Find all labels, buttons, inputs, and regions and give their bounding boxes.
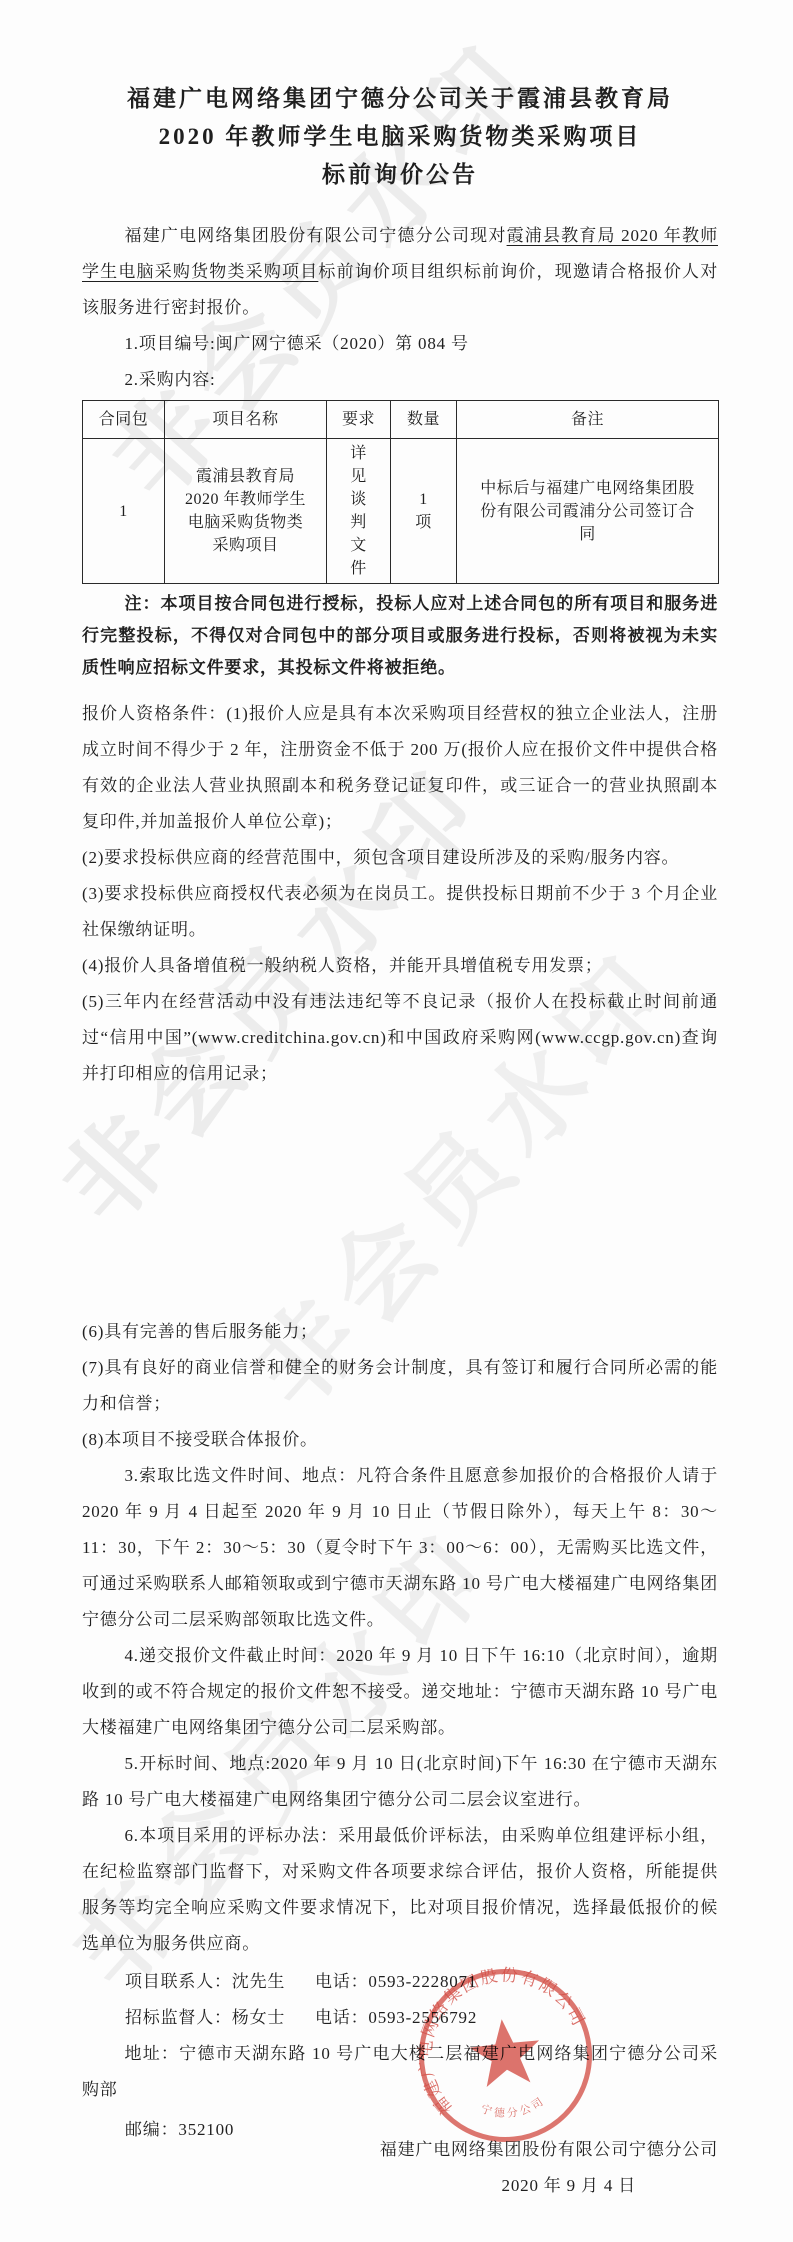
table-row: 1 霞浦县教育局 2020 年教师学生电脑采购货物类采购项目 详见谈判文件 1 … (83, 439, 719, 584)
supervisor-name: 招标监督人：杨女士 (125, 2000, 315, 2036)
contact-address: 地址：宁德市天湖东路 10 号广电大楼二层福建广电网络集团宁德分公司采购部 (82, 2036, 718, 2108)
purchase-content-heading: 2.采购内容: (82, 362, 718, 398)
header-project-name: 项目名称 (165, 401, 327, 439)
page-title-line-3: 标前询价公告 (82, 156, 718, 194)
document-content: 福建广电网络集团宁德分公司关于霞浦县教育局 2020 年教师学生电脑采购货物类采… (0, 0, 793, 2204)
qualification-item-3: (3)要求投标供应商授权代表必须为在岗员工。提供投标日期前不少于 3 个月企业社… (82, 876, 718, 948)
section-6-evaluation-method: 6.本项目采用的评标办法：采用最低价评标法，由采购单位组建评标小组，在纪检监察部… (82, 1818, 718, 1962)
section-5-bid-opening: 5.开标时间、地点:2020 年 9 月 10 日(北京时间)下午 16:30 … (82, 1746, 718, 1818)
page-title-line-2: 2020 年教师学生电脑采购货物类采购项目 (82, 118, 718, 156)
header-remark: 备注 (457, 401, 719, 439)
qualification-item-6: (6)具有完善的售后服务能力； (82, 1314, 718, 1350)
bid-note-paragraph: 注：本项目按合同包进行授标，投标人应对上述合同包的所有项目和服务进行完整投标，不… (82, 588, 718, 684)
table-header-row: 合同包 项目名称 要求 数量 备注 (83, 401, 719, 439)
qualification-item-4: (4)报价人具备增值税一般纳税人资格，并能开具增值税专用发票； (82, 948, 718, 984)
signature-date: 2020 年 9 月 4 日 (82, 2168, 718, 2204)
header-contract-package: 合同包 (83, 401, 165, 439)
qualification-item-2: (2)要求投标供应商的经营范围中，须包含项目建设所涉及的采购/服务内容。 (82, 840, 718, 876)
cell-project-name: 霞浦县教育局 2020 年教师学生电脑采购货物类采购项目 (165, 439, 327, 584)
svg-text:宁德分公司: 宁德分公司 (478, 2093, 549, 2123)
header-quantity: 数量 (391, 401, 457, 439)
page-title-line-1: 福建广电网络集团宁德分公司关于霞浦县教育局 (82, 80, 718, 118)
document-page: 非会员水印 非会员水印 非会员水印 非会员水印 福建广电网络集团宁德分公司关于霞… (0, 0, 793, 2242)
page-break-gap (82, 1092, 718, 1314)
qualification-item-8: (8)本项目不接受联合体报价。 (82, 1422, 718, 1458)
header-requirement: 要求 (327, 401, 391, 439)
section-3-document-collection: 3.索取比选文件时间、地点：凡符合条件且愿意参加报价的合格报价人请于 2020 … (82, 1458, 718, 1638)
company-seal-stamp: 福建广电网络集团股份有限公司 宁德分公司 (404, 1954, 607, 2157)
project-number-line: 1.项目编号:闽广网宁德采（2020）第 084 号 (82, 326, 718, 362)
contact-row-supervisor: 招标监督人：杨女士 电话：0593-2556792 (82, 2000, 718, 2036)
cell-requirement: 详见谈判文件 (327, 439, 391, 584)
project-contact-name: 项目联系人：沈先生 (125, 1964, 315, 2000)
qualification-intro: 报价人资格条件：(1)报价人应是具有本次采购项目经营权的独立企业法人，注册成立时… (82, 696, 718, 840)
seal-bottom-text: 宁德分公司 (478, 2093, 549, 2123)
intro-paragraph: 福建广电网络集团股份有限公司宁德分公司现对霞浦县教育局 2020 年教师学生电脑… (82, 218, 718, 326)
purchase-table: 合同包 项目名称 要求 数量 备注 1 霞浦县教育局 2020 年教师学生电脑采… (82, 400, 719, 584)
cell-quantity: 1 项 (391, 439, 457, 584)
contact-row-project: 项目联系人：沈先生 电话：0593-2228071 (82, 1964, 718, 2000)
qualification-item-7: (7)具有良好的商业信誉和健全的财务会计制度，具有签订和履行合同所必需的能力和信… (82, 1350, 718, 1422)
cell-contract-package: 1 (83, 439, 165, 584)
qualification-item-5: (5)三年内在经营活动中没有违法违纪等不良记录（报价人在投标截止时间前通过“信用… (82, 984, 718, 1092)
cell-remark: 中标后与福建广电网络集团股份有限公司霞浦分公司签订合同 (457, 439, 719, 584)
seal-star-icon (467, 2016, 543, 2089)
intro-prefix: 福建广电网络集团股份有限公司宁德分公司现对 (125, 226, 507, 245)
section-4-submission-deadline: 4.递交报价文件截止时间：2020 年 9 月 10 日下午 16:10（北京时… (82, 1638, 718, 1746)
